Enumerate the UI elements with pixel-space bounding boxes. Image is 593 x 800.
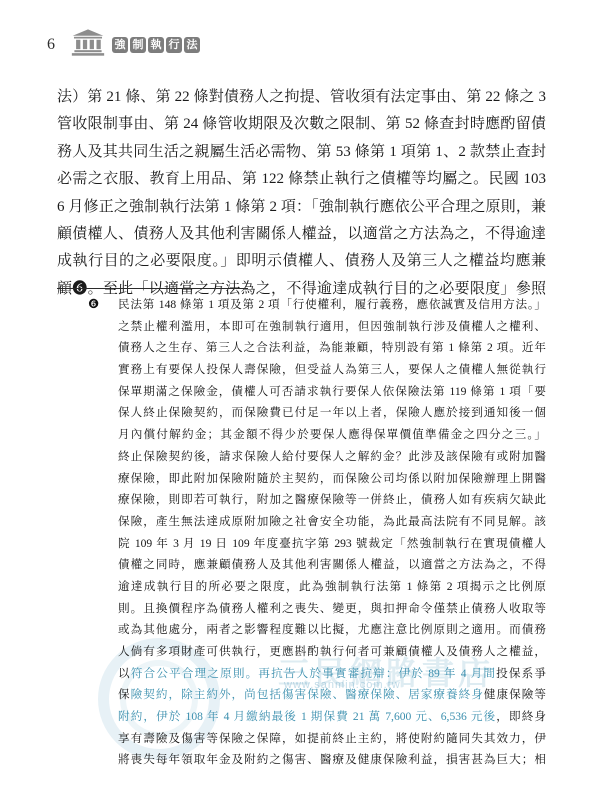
footnote-line: 民法第 148 條第 1 項及第 2 項「行使權利，履行義務，應依誠實及信用方法… [118,294,546,316]
footnote-separator [57,288,248,289]
footnote-line: 附約，伊於 108 年 4 月繳納最後 1 期保費 21 萬 7,600 元、6… [118,706,546,728]
footnote-line: 人倘有多項財產可供執行，更應斟酌執行何者可兼顧債權人及債務人之權益， [118,641,546,663]
footnote-text-segment: ，即終身 [496,710,546,723]
footnote-line: 債務人之生存、第三人之合法利益，為能兼顧，特別設有第 1 條第 2 項。近年 [118,337,546,359]
footnote-line: 保單期滿之保險金，債權人可否請求執行要保人依保險法第 119 條第 1 項「要 [118,381,546,403]
footnote-lines: 民法第 148 條第 1 項及第 2 項「行使權利，履行義務，應依誠實及信用方法… [118,294,546,771]
footnote-text-segment: 投保系爭 [496,667,546,680]
courthouse-building-icon [71,29,105,61]
footnote-line: 月內償付解約金；其金額不得少於要保人應得保單價值準備金之四分之三。」 [118,424,546,446]
footnote-line: 實務上有要保人投保人壽保險，但受益人為第三人，要保人之債權人無從執行 [118,359,546,381]
body-line: 法）第 21 條、第 22 條對債務人之拘提、管收須有法定事由、第 22 條之 … [57,84,546,111]
footnote-line: 將喪失每年領取年金及附約之傷害、醫療及健康保險利益，損害甚為巨大；相 [118,749,546,771]
footnote-text-segment: 以 [118,667,131,680]
watermark-tinted-text: 附約，伊於 108 年 4 月繳納最後 1 期保費 21 萬 7,600 元、6… [118,710,496,723]
footnote-line: 終止保險契約後，請求保險人給付要保人之解約金？此涉及該保險有或附加醫 [118,446,546,468]
book-title: 強 制 執 行 法 [112,37,200,53]
footnote-line: 逾達成執行目的所必要之限度，此為強制執行法第 1 條第 2 項揭示之比例原 [118,576,546,598]
body-line: 務人及其共同生活之親屬生活必需物、第 53 條第 1 項第 1、2 款禁止查封 [57,139,546,166]
book-page: 三民網路書店 www.sanmin.com.tw 6 強 制 [0,0,593,800]
footnote-line: 之禁止權利濫用，本即可在強制執行適用，但因強制執行涉及債權人之權利、 [118,316,546,338]
body-line: 管收限制事由、第 24 條管收期限及次數之限制、第 52 條查封時應酌留債 [57,111,546,138]
footnote-line: 療保險，即此附加保險附隨於主契約，而保險公司均係以附加保險辦理上開醫 [118,468,546,490]
page-header: 6 強 制 執 行 法 [47,30,200,60]
footnote-line: 以符合公平合理之原則。再抗告人於事實審抗辯：伊於 89 年 4 月間投保系爭 [118,663,546,685]
watermark-tinted-text: 符合公平合理之原則。再抗告人於事實審抗辯：伊於 89 年 4 月間 [131,667,496,680]
title-char-box: 法 [184,37,200,53]
footnote-text-segment: 健康保險等 [484,688,546,701]
body-text: 法）第 21 條、第 22 條對債務人之拘提、管收須有法定事由、第 22 條之 … [57,84,546,303]
footnote-line: 保險，產生無法達成原附加險之社會安全功能，為此最高法院有不同見解。該 [118,511,546,533]
footnote-line: 保險契約，除主約外，尚包括傷害保險、醫療保險、居家療養終身健康保險等 [118,684,546,706]
body-line: 6 月修正之強制執行法第 1 條第 2 項：「強制執行應依公平合理之原則，兼 [57,194,546,221]
page-number: 6 [47,36,55,54]
footnote-line: 療保險，則即若可執行，附加之醫療保險等一併終止，債務人如有疾病欠缺此 [118,489,546,511]
title-char-box: 制 [130,37,146,53]
footnote-marker: ❻ [88,294,118,771]
body-line: 顧債權人、債務人及其他利害關係人權益，以適當之方法為之，不得逾達 [57,221,546,248]
body-line: 成執行目的之必要限度。」即明示債權人、債務人及第三人之權益均應兼 [57,248,546,275]
title-char-box: 強 [112,37,128,53]
footnote-text-segment: 保 [118,688,131,701]
footnote-line: 享有壽險及傷害等保險之保障，如提前終止主約，將使附約隨同失其效力，伊 [118,728,546,750]
footnote-line: 或為其他處分，兩者之影響程度難以比擬，尤應注意比例原則之適用。而債務 [118,619,546,641]
footnote-line: 院 109 年 3 月 19 日 109 年度臺抗字第 293 號裁定「然強制執… [118,533,546,555]
footnote: ❻ 民法第 148 條第 1 項及第 2 項「行使權利，履行義務，應依誠實及信用… [57,294,546,771]
body-line: 必需之衣服、教育上用品、第 122 條禁止執行之債權等均屬之。民國 103 年 [57,166,546,193]
footnote-line: 債權之同時，應兼顧債務人及其他利害關係人權益，以適當之方法為之，不得 [118,554,546,576]
footnote-line: 則。且換價程序為債務人權利之喪失、變更，與扣押命令僅禁止債務人收取等 [118,598,546,620]
title-char-box: 行 [166,37,182,53]
footnote-line: 保人終止保險契約，而保險費已付足一年以上者，保險人應於接到通知後一個 [118,402,546,424]
watermark-tinted-text: 險契約，除主約外，尚包括傷害保險、醫療保險、居家療養終身 [131,688,484,701]
title-char-box: 執 [148,37,164,53]
